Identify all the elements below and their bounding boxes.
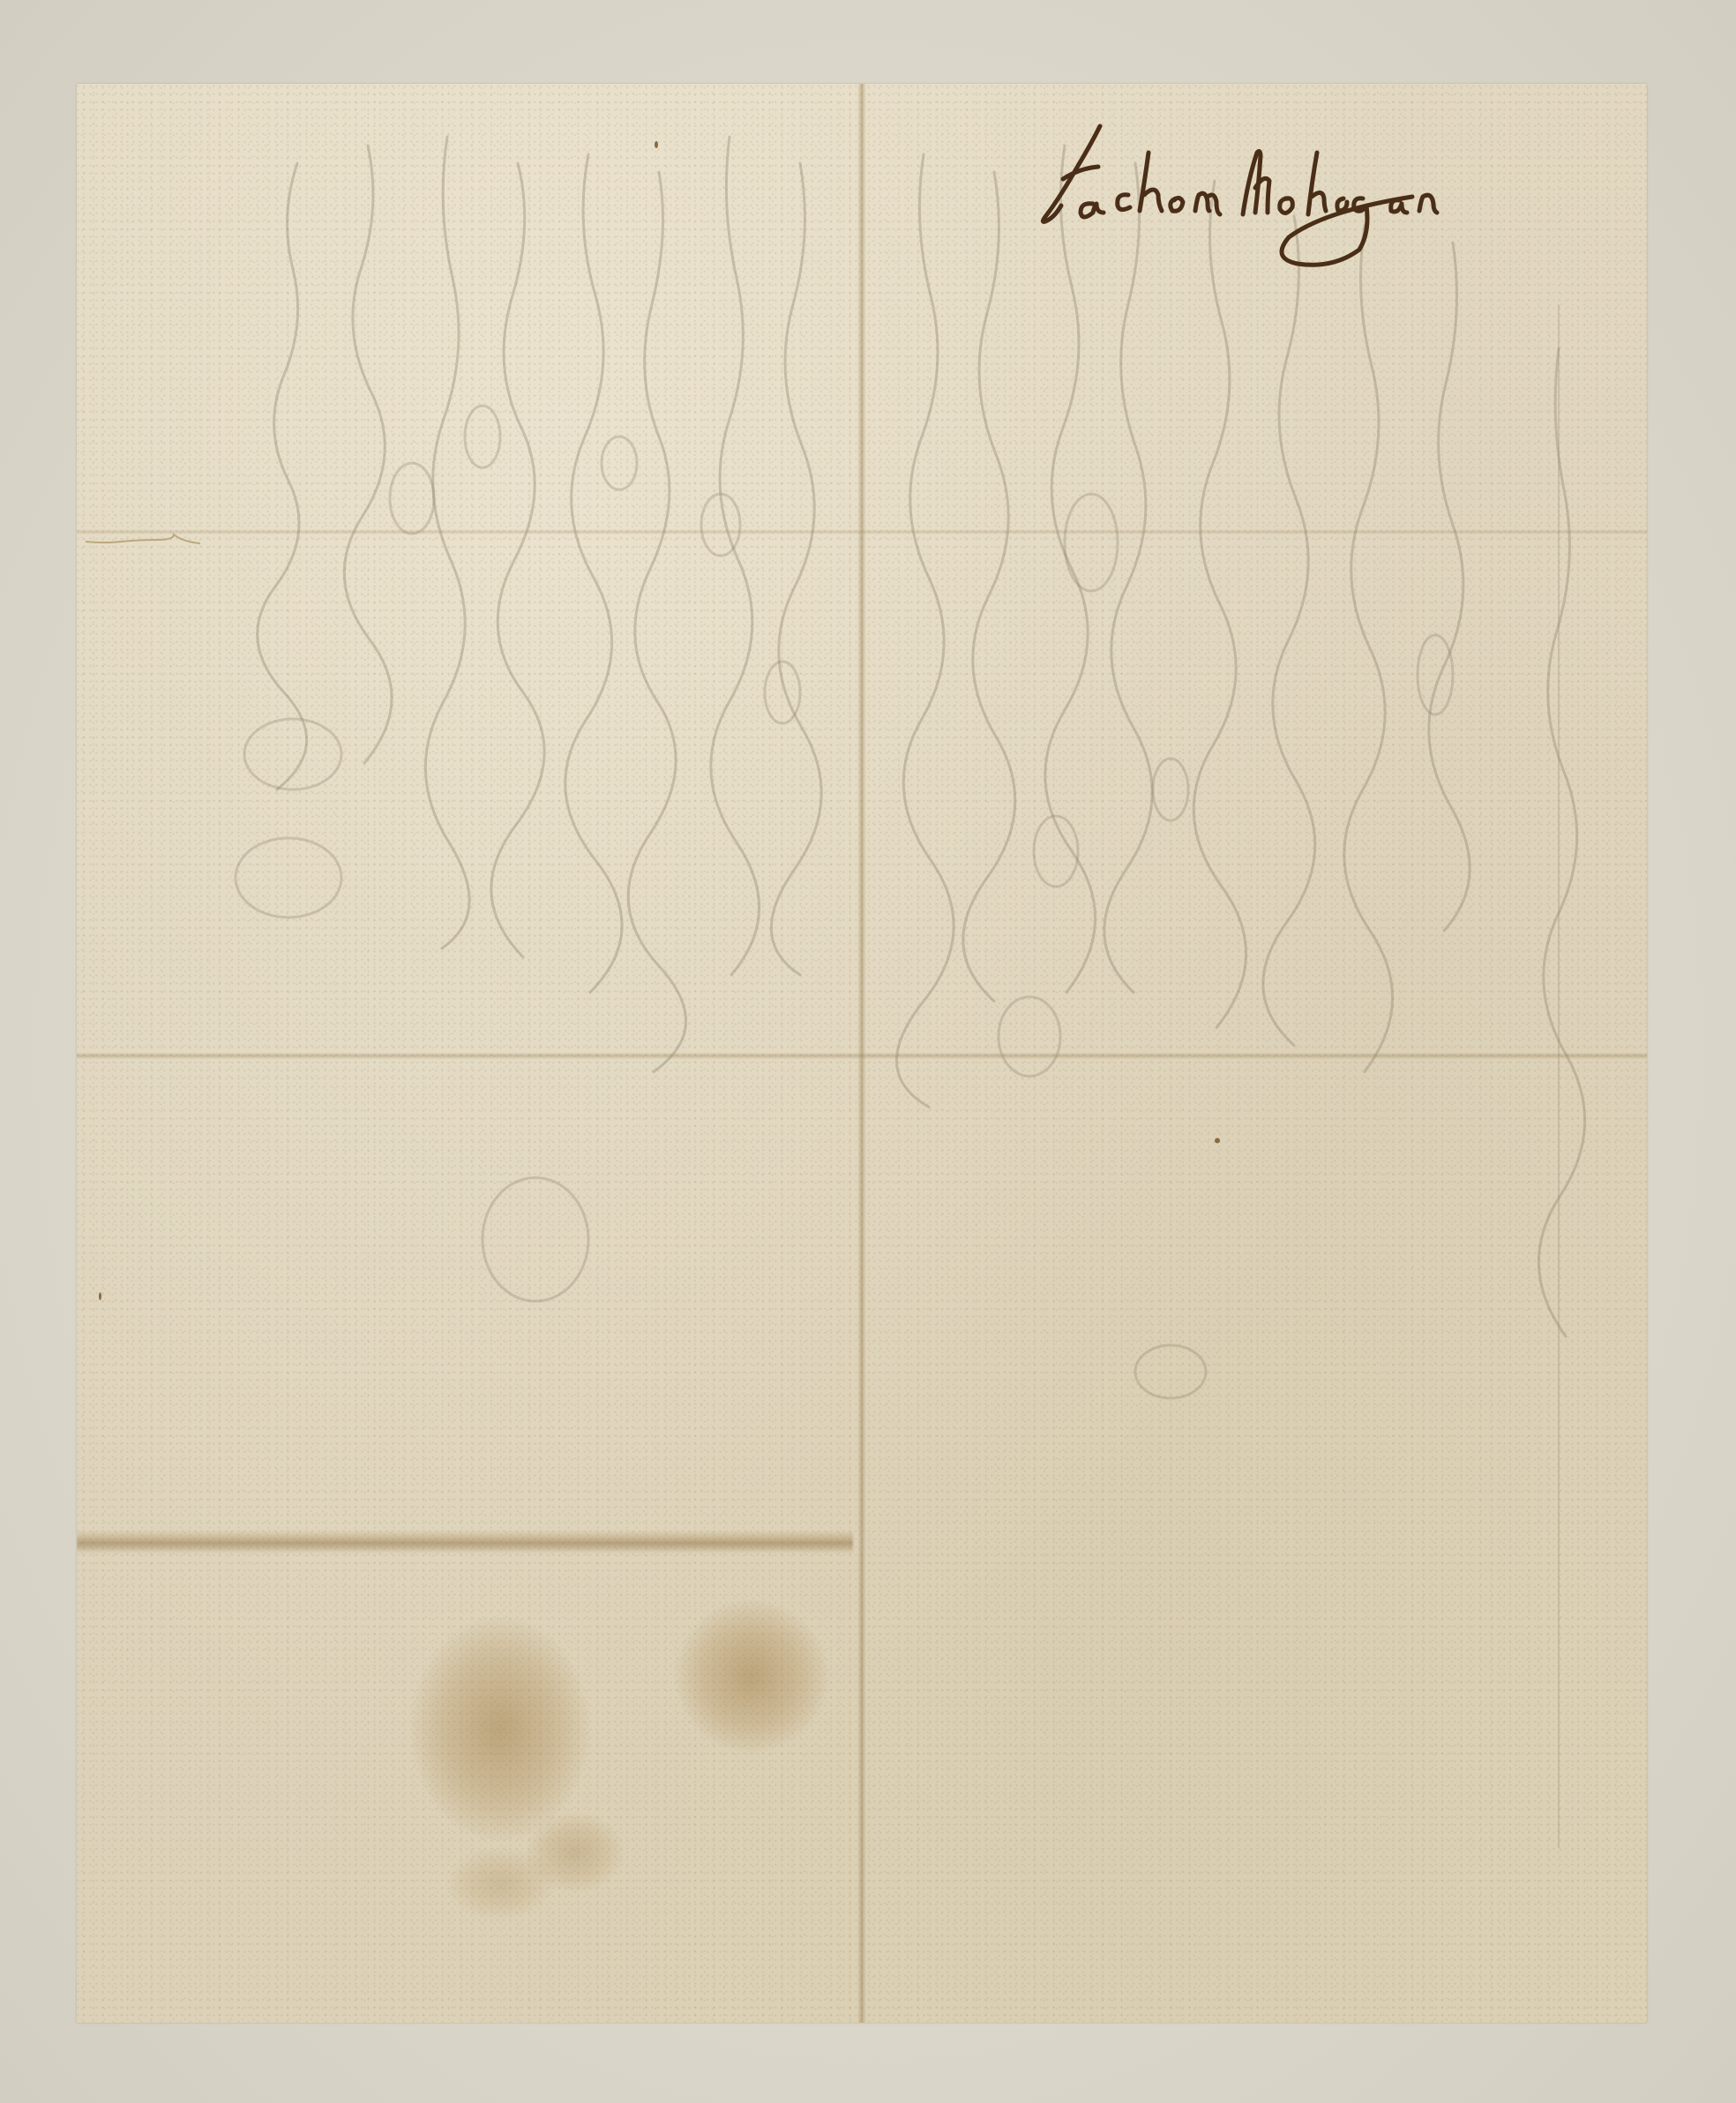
horizontal-fold xyxy=(77,1052,1647,1059)
docket-annotation: Sachem Mohogan xyxy=(1012,100,1576,294)
manuscript-page: Sachem Mohogan xyxy=(77,84,1647,2023)
ink-spot xyxy=(655,141,658,148)
tear-line xyxy=(86,529,227,556)
lower-crease-stain xyxy=(77,1530,853,1553)
signature-ink xyxy=(1012,100,1576,294)
horizontal-fold-upper xyxy=(77,529,1647,535)
water-stain xyxy=(677,1601,827,1751)
archival-mount: Sachem Mohogan xyxy=(0,0,1736,2103)
water-stain xyxy=(412,1619,588,1839)
water-stain xyxy=(447,1848,553,1919)
ink-spot xyxy=(1215,1138,1220,1143)
ink-spot xyxy=(99,1292,101,1300)
